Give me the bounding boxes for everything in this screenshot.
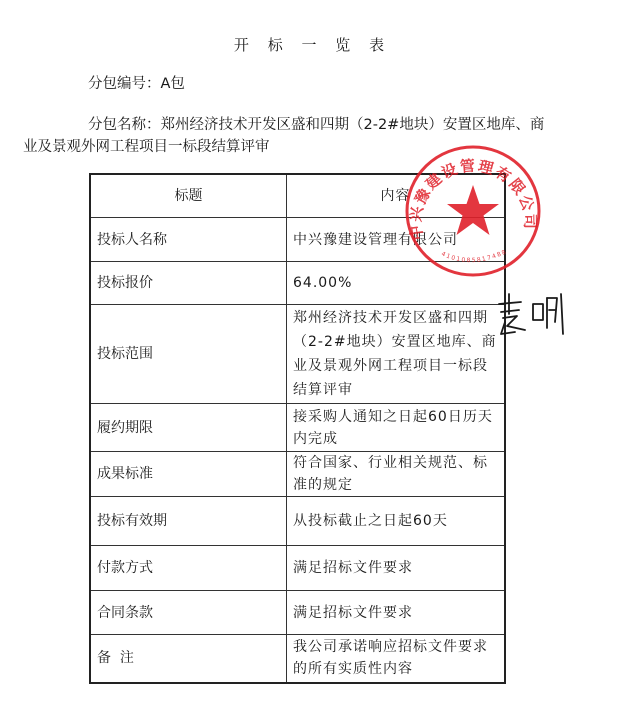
row-label: 合同条款: [90, 591, 287, 635]
table-row: 投标报价 64.00%: [90, 262, 505, 305]
table-row: 付款方式 满足招标文件要求: [90, 546, 505, 591]
table-row: 投标有效期 从投标截止之日起60天: [90, 497, 505, 546]
row-label: 投标报价: [90, 262, 287, 305]
table-row: 合同条款 满足招标文件要求: [90, 591, 505, 635]
document-title: 开 标 一 览 表: [0, 34, 619, 55]
header-title: 标题: [90, 174, 287, 218]
row-label: 备 注: [90, 635, 287, 683]
row-label: 成果标准: [90, 452, 287, 497]
table-header-row: 标题 内容: [90, 174, 505, 218]
title-char: 表: [369, 34, 385, 55]
table-row: 成果标准 符合国家、行业相关规范、标准的规定: [90, 452, 505, 497]
row-value: 满足招标文件要求: [287, 546, 506, 591]
header-content: 内容: [287, 174, 506, 218]
title-char: 开: [234, 34, 250, 55]
title-char: 览: [335, 34, 351, 55]
title-char: 一: [301, 34, 317, 55]
table-row: 投标人名称 中兴豫建设管理有限公司: [90, 218, 505, 262]
row-value: 接采购人通知之日起60日历天内完成: [287, 404, 506, 452]
bid-summary-table: 标题 内容 投标人名称 中兴豫建设管理有限公司 投标报价 64.00% 投标范围…: [89, 173, 506, 684]
title-char: 标: [268, 34, 284, 55]
row-label: 投标有效期: [90, 497, 287, 546]
row-value: 郑州经济技术开发区盛和四期（2-2#地块）安置区地库、商业及景观外网工程项目一标…: [287, 305, 506, 404]
row-value: 符合国家、行业相关规范、标准的规定: [287, 452, 506, 497]
row-label: 付款方式: [90, 546, 287, 591]
row-label: 投标范围: [90, 305, 287, 404]
table-row: 备 注 我公司承诺响应招标文件要求的所有实质性内容: [90, 635, 505, 683]
row-value: 64.00%: [287, 262, 506, 305]
signature: [495, 290, 570, 340]
row-label: 投标人名称: [90, 218, 287, 262]
row-value: 满足招标文件要求: [287, 591, 506, 635]
table-row: 投标范围 郑州经济技术开发区盛和四期（2-2#地块）安置区地库、商业及景观外网工…: [90, 305, 505, 404]
row-value: 中兴豫建设管理有限公司: [287, 218, 506, 262]
row-label: 履约期限: [90, 404, 287, 452]
table-row: 履约期限 接采购人通知之日起60日历天内完成: [90, 404, 505, 452]
row-value: 我公司承诺响应招标文件要求的所有实质性内容: [287, 635, 506, 683]
row-value: 从投标截止之日起60天: [287, 497, 506, 546]
package-number: 分包编号：A包: [88, 70, 185, 98]
package-name-line2: 业及景观外网工程项目一标段结算评审: [23, 133, 270, 161]
